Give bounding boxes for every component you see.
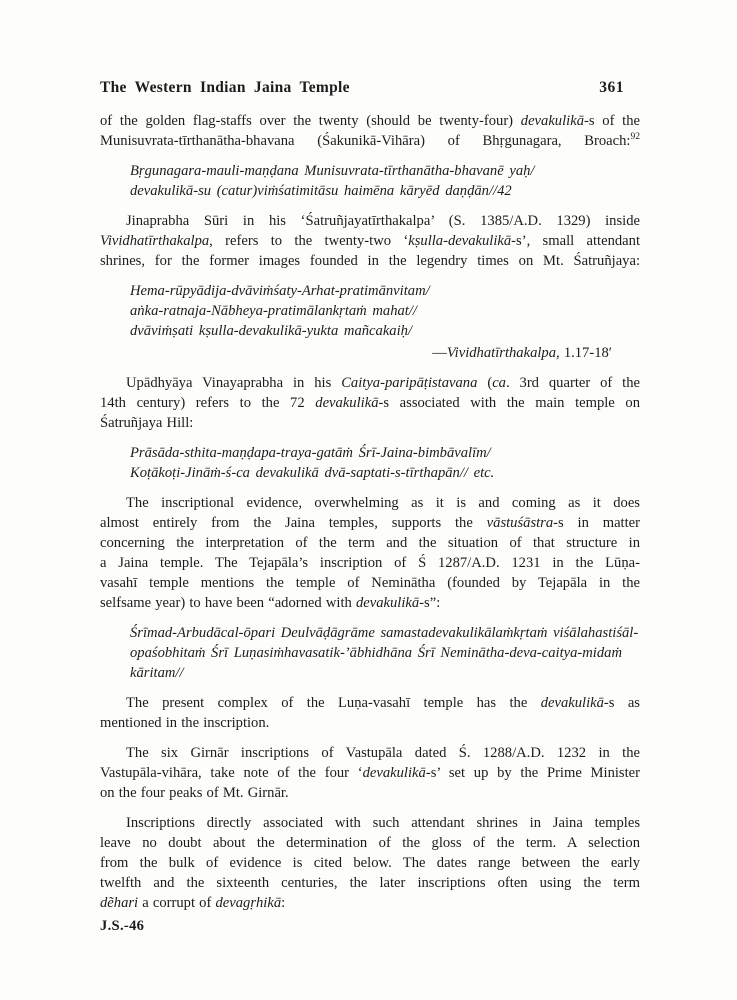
verse-line: opaśobhitaṁ Śrī Luṇasiṁhavasatik-’ābhidh… [100, 643, 640, 663]
para-line: mentioned in the inscription. [100, 713, 640, 733]
verse-line: Bṛgunagara-mauli-maṇḍana Munisuvrata-tīr… [100, 161, 640, 181]
header-title: The Western Indian Jaina Temple [100, 78, 350, 98]
verse-line: devakulikā-su (catur)viṁśatimitāsu haimē… [100, 181, 640, 201]
paragraph: The present complex of the Luṇa-vasahī t… [100, 693, 640, 733]
verse-line: Hema-rūpyādija-dvāviṁśaty-Arhat-pratimān… [100, 281, 640, 301]
verse-line: aṅka-ratnaja-Nābheya-pratimālankṛtaṁ mah… [100, 301, 640, 321]
paragraph: Inscriptions directly associated with su… [100, 813, 640, 913]
page-body: of the golden flag-staffs over the twent… [100, 111, 640, 913]
para-line: selfsame year) to have been “adorned wit… [100, 593, 640, 613]
verse-line: kāritam// [100, 663, 640, 683]
para-line: Upādhyāya Vinayaprabha in his Caitya-par… [100, 373, 640, 393]
para-line: leave no doubt about the determination o… [100, 833, 640, 853]
verse-line: Koṭākoṭi-Jināṁ-ś-ca devakulikā dvā-sapta… [100, 463, 640, 483]
paragraph: The inscriptional evidence, overwhelming… [100, 493, 640, 613]
attribution-line: —Vividhatīrthakalpa, 1.17-18′ [100, 343, 640, 363]
verse-line: Prāsāda-sthita-maṇḍapa-traya-gatāṁ Śrī-J… [100, 443, 640, 463]
paragraph: Upādhyāya Vinayaprabha in his Caitya-par… [100, 373, 640, 433]
paragraph: The six Girnār inscriptions of Vastupāla… [100, 743, 640, 803]
verse-line: dvāviṁṣati kṣulla-devakulikā-yukta mañca… [100, 321, 640, 341]
page-number: 361 [599, 78, 624, 98]
running-header: The Western Indian Jaina Temple 361 [100, 78, 640, 98]
verse: Śrīmad-Arbudācal-ōpari Deulvāḍāgrāme sam… [100, 623, 640, 683]
verse: Hema-rūpyādija-dvāviṁśaty-Arhat-pratimān… [100, 281, 640, 341]
para-line: The inscriptional evidence, overwhelming… [100, 493, 640, 513]
paragraph: of the golden flag-staffs over the twent… [100, 111, 640, 151]
para-line: almost entirely from the Jaina temples, … [100, 513, 640, 533]
para-line: twelfth and the sixteenth centuries, the… [100, 873, 640, 893]
para-line: of the golden flag-staffs over the twent… [100, 111, 640, 131]
para-line: Inscriptions directly associated with su… [100, 813, 640, 833]
book-page: The Western Indian Jaina Temple 361 of t… [0, 0, 737, 1000]
para-line: 14th century) refers to the 72 devakulik… [100, 393, 640, 413]
para-line: vasahī temple mentions the temple of Nem… [100, 573, 640, 593]
attribution: —Vividhatīrthakalpa, 1.17-18′ [100, 343, 640, 363]
para-line: a Jaina temple. The Tejapāla’s inscripti… [100, 553, 640, 573]
para-line: Jinaprabha Sūri in his ‘Śatruñjayatīrtha… [100, 211, 640, 231]
footer-signature: J.S.-46 [100, 916, 640, 936]
verse: Bṛgunagara-mauli-maṇḍana Munisuvrata-tīr… [100, 161, 640, 201]
para-line: Vastupāla-vihāra, take note of the four … [100, 763, 640, 783]
para-line: Śatruñjaya Hill: [100, 413, 640, 433]
paragraph: Jinaprabha Sūri in his ‘Śatruñjayatīrtha… [100, 211, 640, 271]
para-line: The six Girnār inscriptions of Vastupāla… [100, 743, 640, 763]
para-line: Munisuvrata-tīrthanātha-bhavana (Śakunik… [100, 131, 640, 151]
para-line: shrines, for the former images founded i… [100, 251, 640, 271]
para-line: The present complex of the Luṇa-vasahī t… [100, 693, 640, 713]
para-line: concerning the interpretation of the ter… [100, 533, 640, 553]
para-line: Vividhatīrthakalpa, refers to the twenty… [100, 231, 640, 251]
verse: Prāsāda-sthita-maṇḍapa-traya-gatāṁ Śrī-J… [100, 443, 640, 483]
para-line: dẽhari a corrupt of devagṛhikā: [100, 893, 640, 913]
verse-line: Śrīmad-Arbudācal-ōpari Deulvāḍāgrāme sam… [100, 623, 640, 643]
para-line: on the four peaks of Mt. Girnār. [100, 783, 640, 803]
para-line: from the bulk of evidence is cited below… [100, 853, 640, 873]
